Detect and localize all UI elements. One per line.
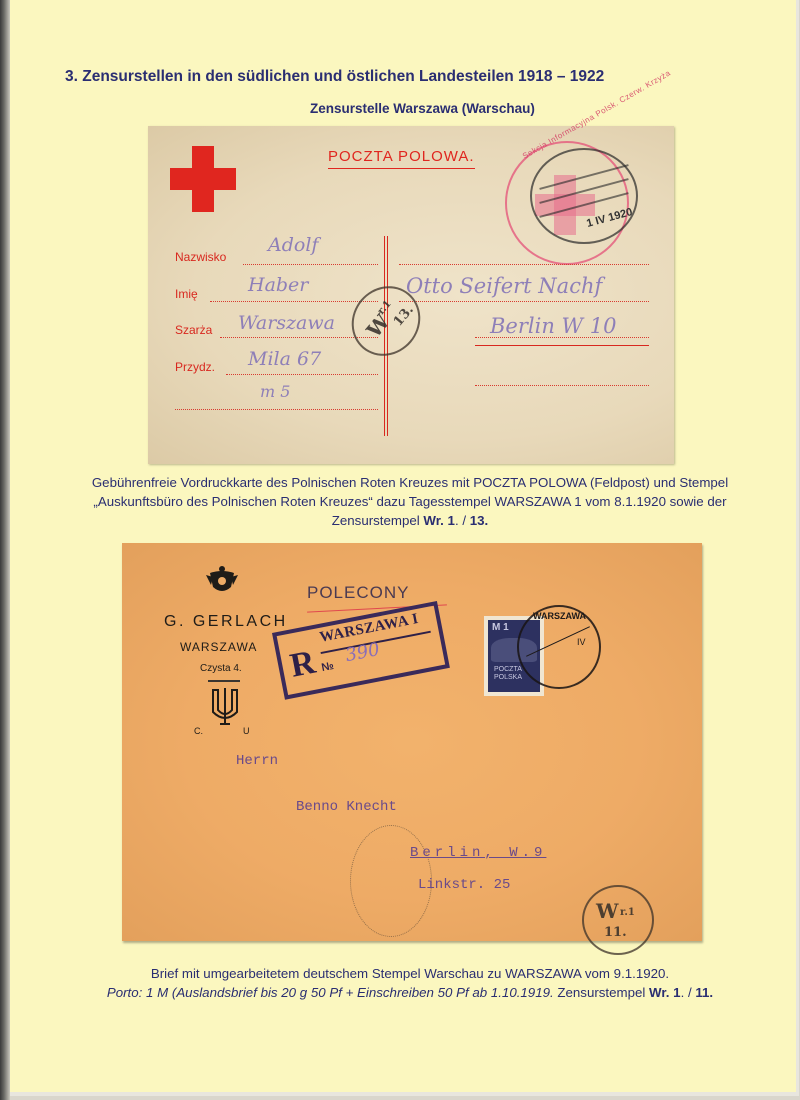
tuning-fork-logo-icon xyxy=(210,686,240,726)
postcard: POCZTA POLOWA. Sekcja Informacyjna Polsk… xyxy=(148,126,674,464)
registration-label: R WARSZAWA I № 390 xyxy=(272,601,450,700)
addressee-street: Linkstr. 25 xyxy=(418,877,510,893)
registered-envelope: G. GERLACH WARSZAWA Czysta 4. C. U POLEC… xyxy=(122,543,702,941)
divider-rule xyxy=(208,680,240,682)
registered-mark: POLECONY xyxy=(307,583,409,603)
handwritten-unit: Mila 67 xyxy=(248,348,321,370)
addressee-name: Benno Knecht xyxy=(296,799,397,815)
censor-stamp: W r.1 11. xyxy=(582,885,654,955)
sender-street: Czysta 4. xyxy=(200,663,242,674)
addressee-city: Berlin, W.9 xyxy=(410,845,546,861)
section-subheading: Zensurstelle Warszawa (Warschau) xyxy=(310,101,535,116)
label-unit: Przydz. xyxy=(175,360,215,374)
eagle-crest-icon xyxy=(204,563,240,599)
handwritten-rank: Warszawa xyxy=(238,312,335,334)
handwritten-city: Berlin W 10 xyxy=(490,314,617,338)
logo-letter-u: U xyxy=(243,726,250,736)
handwritten-unit-2: m 5 xyxy=(260,382,290,401)
album-page: 3. Zensurstellen in den südlichen und ös… xyxy=(10,0,799,1096)
page-heading: 3. Zensurstellen in den südlichen und ös… xyxy=(65,68,604,86)
page-binding-edge xyxy=(0,0,10,1100)
logo-letter-c: C. xyxy=(194,726,203,736)
envelope-caption: Brief mit umgearbeitetem deutschem Stemp… xyxy=(70,964,750,1002)
handwritten-surname: Adolf xyxy=(268,234,318,256)
warszawa-postmark: WARSZAWA IV xyxy=(517,605,601,689)
handwritten-addressee: Otto Seifert Nachf xyxy=(406,274,602,298)
label-surname: Nazwisko xyxy=(175,250,226,264)
sender-firm: G. GERLACH xyxy=(164,613,288,631)
date-postmark: 1 IV 1920 xyxy=(530,148,638,244)
sender-city: WARSZAWA xyxy=(180,640,257,654)
addressee-salutation: Herrn xyxy=(236,753,278,769)
label-firstname: Imię xyxy=(175,287,198,301)
handwritten-firstname: Haber xyxy=(248,274,308,296)
postcard-caption: Gebührenfreie Vordruckkarte des Polnisch… xyxy=(70,473,750,530)
postcard-title: POCZTA POLOWA. xyxy=(328,148,475,169)
label-rank: Szarża xyxy=(175,323,212,337)
red-cross-icon xyxy=(170,146,236,212)
